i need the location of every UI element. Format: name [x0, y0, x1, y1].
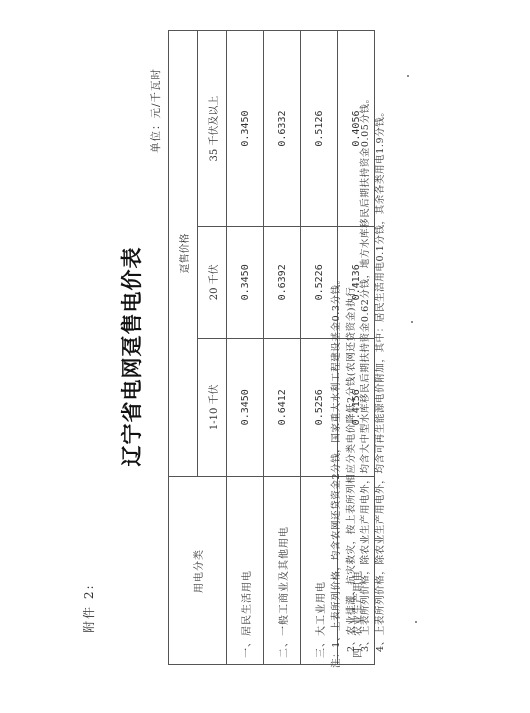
table-row: 一、居民生活用电 0.3450 0.3450 0.3450	[227, 31, 264, 665]
table-header-row: 用电分类 趸售价格	[169, 31, 198, 665]
row-category: 二、一般工商业及其他用电	[264, 477, 301, 665]
row-value: 0.3450	[227, 31, 264, 227]
header-group: 趸售价格	[169, 31, 198, 477]
note-item: 注：1、上表所列价格，均含农网还贷资金2分钱，国家重大水利工程建设基金0.3分钱…	[330, 8, 345, 668]
note-item: 4、上表所列价格，除农业生产用电外，均含可再生能源电价附加，其中：居民生活用电0…	[374, 8, 389, 668]
attachment-label: 附件 2:	[80, 584, 97, 634]
scan-speck	[415, 621, 417, 623]
unit-label: 单位：元/千瓦时	[148, 68, 163, 153]
note-item: 2、农业排灌、抗灾救灾，按上表所列相应分类电价降低2分钱(农网还贷资金)执行。	[345, 8, 360, 668]
document-page: 附件 2: 辽宁省电网趸售电价表 单位：元/千瓦时 用电分类 趸售价格 1-10…	[0, 0, 530, 713]
row-value: 0.6332	[264, 31, 301, 227]
row-value: 0.3450	[227, 338, 264, 476]
table-row: 二、一般工商业及其他用电 0.6412 0.6392 0.6332	[264, 31, 301, 665]
row-value: 0.6392	[264, 227, 301, 338]
row-value: 0.6412	[264, 338, 301, 476]
document-title: 辽宁省电网趸售电价表	[116, 0, 146, 713]
notes-prefix: 注：	[331, 648, 342, 668]
header-category: 用电分类	[169, 477, 227, 665]
scan-speck	[411, 321, 413, 323]
header-col-3: 35 千伏及以上	[198, 31, 227, 227]
row-value: 0.3450	[227, 227, 264, 338]
scan-speck	[407, 75, 409, 77]
note-item: 3、上表所列价格，除农业生产用电外，均含大中型水库移民后期扶持资金0.62分钱，…	[359, 8, 374, 668]
header-col-2: 20 千伏	[198, 227, 227, 338]
notes: 注：1、上表所列价格，均含农网还贷资金2分钱，国家重大水利工程建设基金0.3分钱…	[330, 8, 388, 668]
header-col-1: 1-10 千伏	[198, 338, 227, 476]
row-category: 一、居民生活用电	[227, 477, 264, 665]
